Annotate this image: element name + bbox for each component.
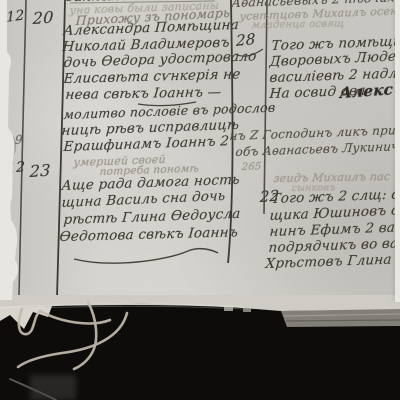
handwriting-line: младенца освящ — [251, 19, 345, 31]
margin-mark: 9 — [15, 133, 23, 146]
scan-edge-right — [395, 0, 400, 302]
day-number: 28 — [236, 32, 256, 49]
register-scan: 12 20 9 12 23 28 265 22 данныхъ Іоаннъ Ж… — [0, 0, 400, 400]
day-number: 23 — [29, 163, 50, 180]
day-number: 20 — [32, 10, 53, 27]
handwriting-line: нева свѣкъ Іоаннъ — — [65, 86, 222, 102]
entry-number: 12 — [6, 8, 25, 24]
faint-note: 265 — [241, 162, 261, 173]
ink-scrawl: Алекс — [339, 82, 393, 101]
entry-number: 12 — [7, 160, 25, 176]
edge-reflection — [30, 375, 76, 400]
